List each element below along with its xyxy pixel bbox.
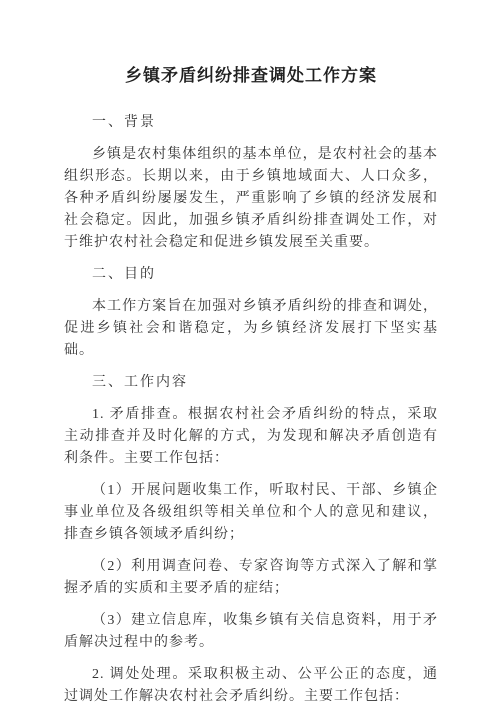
paragraph-item-2-mediation: 2. 调处处理。采取积极主动、公平公正的态度，通过调处工作解决农村社会矛盾纠纷。… — [64, 664, 438, 707]
paragraph-subitem-3-info-database: （3）建立信息库，收集乡镇有关信息资料，用于矛盾解决过程中的参考。 — [64, 610, 438, 654]
paragraph-background: 乡镇是农村集体组织的基本单位，是农村社会的基本组织形态。长期以来，由于乡镇地域面… — [64, 144, 438, 254]
section-heading-purpose: 二、目的 — [64, 264, 438, 286]
section-background: 一、背景 乡镇是农村集体组织的基本单位，是农村社会的基本组织形态。长期以来，由于… — [64, 112, 438, 254]
section-heading-background: 一、背景 — [64, 112, 438, 134]
paragraph-subitem-2-surveys: （2）利用调查问卷、专家咨询等方式深入了解和掌握矛盾的实质和主要矛盾的症结； — [64, 556, 438, 600]
section-work-content: 三、工作内容 1. 矛盾排查。根据农村社会矛盾纠纷的特点，采取主动排查并及时化解… — [64, 372, 438, 707]
paragraph-subitem-1-collect-issues: （1）开展问题收集工作，听取村民、干部、乡镇企事业单位及各级组织等相关单位和个人… — [64, 480, 438, 546]
section-heading-work-content: 三、工作内容 — [64, 372, 438, 394]
paragraph-item-1-investigation: 1. 矛盾排查。根据农村社会矛盾纠纷的特点，采取主动排查并及时化解的方式，为发现… — [64, 404, 438, 470]
paragraph-purpose: 本工作方案旨在加强对乡镇矛盾纠纷的排查和调处，促进乡镇社会和谐稳定，为乡镇经济发… — [64, 296, 438, 362]
document-title: 乡镇矛盾纠纷排查调处工作方案 — [64, 66, 438, 86]
document-page: 乡镇矛盾纠纷排查调处工作方案 一、背景 乡镇是农村集体组织的基本单位，是农村社会… — [0, 0, 500, 707]
section-purpose: 二、目的 本工作方案旨在加强对乡镇矛盾纠纷的排查和调处，促进乡镇社会和谐稳定，为… — [64, 264, 438, 362]
